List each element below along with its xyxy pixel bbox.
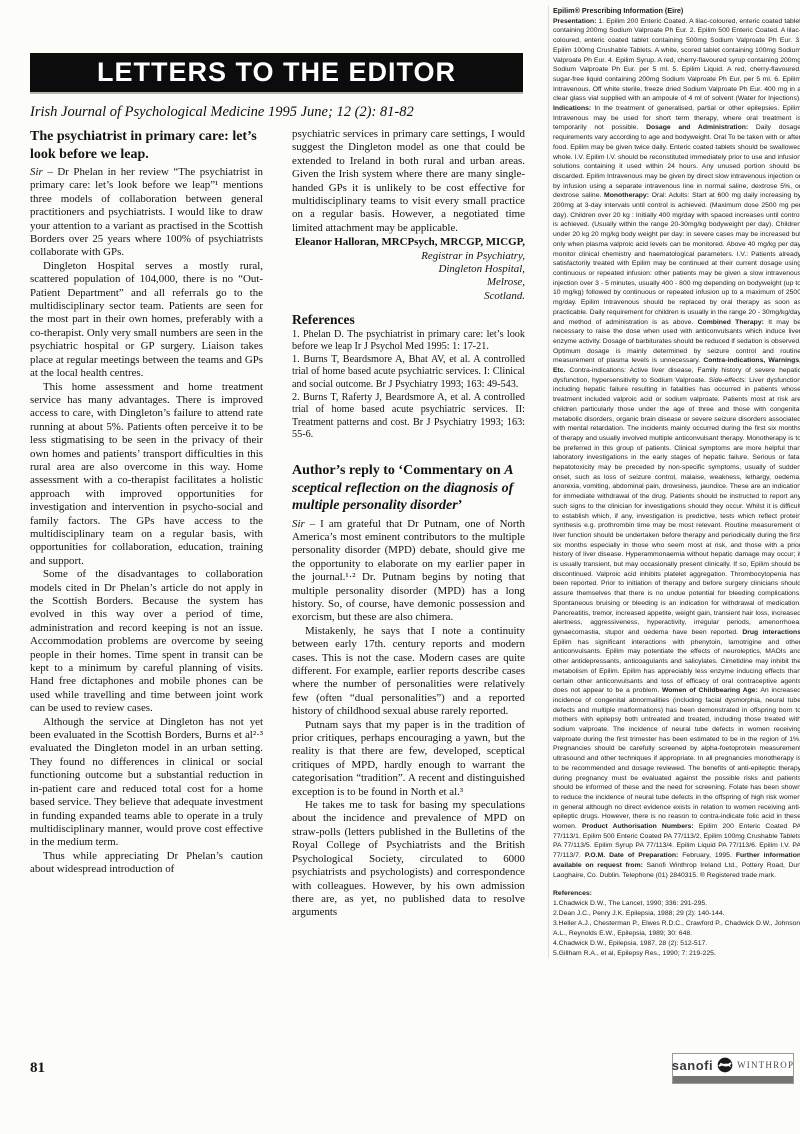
banner-title: LETTERS TO THE EDITOR — [97, 57, 456, 88]
letter1-signature-address: Registrar in Psychiatry,Dingleton Hospit… — [292, 250, 525, 304]
ad-text-run: Oral: Adults: Start at 600 mg daily incr… — [553, 192, 800, 325]
ad-text-run: Monotherapy: — [604, 192, 649, 199]
letter2-paragraph: Sir – I am grateful that Dr Putnam, one … — [292, 518, 525, 625]
ad-text-run: Daily dosage requirements vary according… — [553, 124, 800, 199]
article-column-right: psychiatric services in primary care set… — [292, 128, 525, 920]
letter1-paragraph-continues: Thus while appreciating Dr Phelan’s caut… — [30, 850, 263, 877]
ad-text-run: Side-effects: — [709, 377, 747, 384]
letter1-title: The psychiatrist in primary care: let’s … — [30, 128, 263, 163]
ad-reference-entry: 5.Gillham R.A., et al, Epilepsy Res., 19… — [553, 949, 800, 959]
ad-heading: Epilim® Prescribing Information (Eire) — [553, 6, 800, 16]
ad-text-run: February, 1995. — [678, 852, 736, 859]
ad-text-run: 1. Epilim 200 Enteric Coated. A lilac-co… — [553, 18, 800, 103]
ad-text-run: Drug interactions — [742, 629, 800, 636]
ad-text-run: Product Authorisation Numbers: — [582, 823, 694, 830]
signature-line: Dingleton Hospital, — [292, 263, 525, 276]
salutation: Sir — [292, 518, 305, 530]
article-column-left: The psychiatrist in primary care: let’s … — [30, 128, 263, 877]
epilim-prescribing-info-ad: Epilim® Prescribing Information (Eire) P… — [548, 6, 800, 958]
letter2-title-plain: Author’s reply to ‘Commentary on — [292, 463, 504, 478]
letter1-paragraph: Some of the disadvantages to collaborati… — [30, 568, 263, 715]
signature-line: Scotland. — [292, 290, 525, 303]
letter2-paragraph: Mistakenly, he says that I note a contin… — [292, 625, 525, 719]
ad-text-run: Dosage and Administration: — [646, 124, 748, 131]
sanofi-swoosh-icon — [717, 1057, 733, 1073]
ad-text-run: Indications: — [553, 105, 591, 112]
letter2-title: Author’s reply to ‘Commentary on A scept… — [292, 462, 525, 515]
signature-line: Melrose, — [292, 276, 525, 289]
logo-row: sanofi WINTHROP — [673, 1054, 793, 1075]
letter1-references: 1. Phelan D. The psychiatrist in primary… — [292, 329, 525, 442]
reference-entry: 2. Burns T, Raferty J, Beardsmore A, et … — [292, 392, 525, 442]
winthrop-wordmark: WINTHROP — [737, 1060, 794, 1070]
sanofi-winthrop-logo: sanofi WINTHROP — [672, 1053, 794, 1084]
page-number: 81 — [30, 1060, 45, 1077]
ad-reference-entry: 1.Chadwick D.W., The Lancet, 1990; 336: … — [553, 899, 800, 909]
sanofi-wordmark: sanofi — [672, 1058, 713, 1073]
letter2-paragraph: He takes me to task for basing my specul… — [292, 799, 525, 920]
ad-text-run: Women of Childbearing Age: — [662, 687, 758, 694]
letter1-paragraph: Dingleton Hospital serves a mostly rural… — [30, 260, 263, 381]
ad-text-run: Combined Therapy: — [698, 319, 764, 326]
letter1-paragraph-continuation: psychiatric services in primary care set… — [292, 128, 525, 235]
letter1-references-heading: References — [292, 313, 525, 326]
salutation: Sir — [30, 166, 43, 178]
ad-body: Presentation: 1. Epilim 200 Enteric Coat… — [553, 17, 800, 881]
ad-reference-entry: 4.Chadwick D.W., Epilepsia, 1987, 28 (2)… — [553, 939, 800, 949]
letter2-title-close: ’ — [458, 498, 463, 513]
letter1-signature-name: Eleanor Halloran, MRCPsych, MRCGP, MICGP… — [292, 236, 525, 249]
ad-reference-entry: 3.Heller A.J., Chesterman P., Elwes R.D.… — [553, 919, 800, 939]
journal-page: LETTERS TO THE EDITOR Irish Journal of P… — [0, 0, 800, 1134]
journal-citation: Irish Journal of Psychological Medicine … — [30, 104, 414, 121]
ad-text-run: Epilim has significant interactions with… — [553, 639, 800, 695]
letter1-paragraph: Sir – Dr Phelan in her review “The psych… — [30, 166, 263, 260]
ad-references-heading: References: — [553, 889, 800, 899]
ad-references: 1.Chadwick D.W., The Lancet, 1990; 336: … — [553, 899, 800, 958]
letter2-paragraph: Putnam says that my paper is in the trad… — [292, 719, 525, 799]
ad-text-run: Presentation: — [553, 18, 596, 25]
letter1-paragraph: Although the service at Dingleton has no… — [30, 716, 263, 850]
paragraph-text: – Dr Phelan in her review “The psychiatr… — [30, 166, 263, 258]
ad-text-run: P.O.M. Date of Preparation: — [585, 852, 678, 859]
letter1-paragraph: This home assessment and home treatment … — [30, 381, 263, 569]
ad-text-run: Liver dysfunction including hepatic fail… — [553, 377, 800, 636]
signature-line: Registrar in Psychiatry, — [292, 250, 525, 263]
paragraph-text: – I am grateful that Dr Putnam, one of N… — [292, 518, 525, 624]
reference-entry: 1. Burns T, Beardsmore A, Bhat AV, et al… — [292, 354, 525, 392]
ad-text-run: An increased incidence of congenital abn… — [553, 687, 800, 830]
reference-entry: 1. Phelan D. The psychiatrist in primary… — [292, 329, 525, 354]
letters-banner: LETTERS TO THE EDITOR — [30, 53, 523, 92]
logo-underline-bar — [673, 1076, 793, 1083]
ad-reference-entry: 2.Dean J.C., Penry J.K. Epilepsia, 1988;… — [553, 909, 800, 919]
